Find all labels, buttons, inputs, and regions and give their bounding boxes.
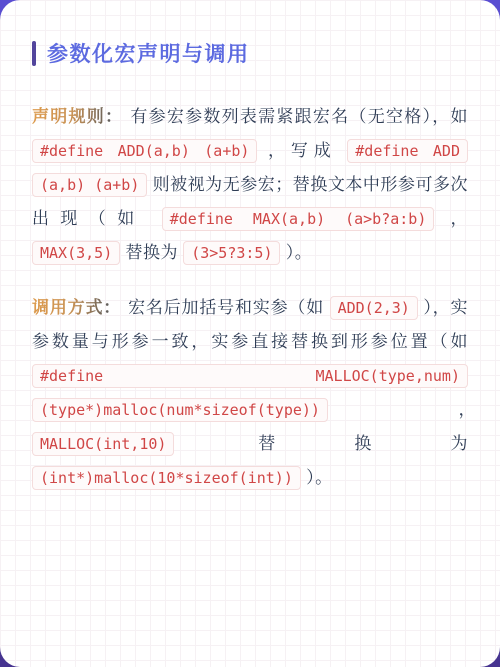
page-title: 参数化宏声明与调用 <box>47 38 250 68</box>
body-text-run: ， <box>434 209 468 228</box>
accent-bar-icon <box>32 41 36 66</box>
declaration-rules-paragraph: 声明规则：有参宏参数列表需紧跟宏名（无空格），如 #define ADD(a,b… <box>32 100 468 270</box>
card-header: 参数化宏声明与调用 <box>32 38 468 68</box>
inline-code-chip: MAX(3,5) <box>32 241 120 265</box>
inline-code-chip: #define MAX(a,b) (a>b?a:b) <box>162 207 435 231</box>
body-text-run: 替换为 <box>120 243 183 262</box>
inline-code-chip: #define ADD(a,b) (a+b) <box>32 139 257 163</box>
section-label-declaration: 声明规则： <box>32 107 123 126</box>
inline-code-chip: MALLOC(int,10) <box>32 432 174 456</box>
inline-code-chip: ADD(2,3) <box>330 296 418 320</box>
body-text-run: 宏名后加括号和实参（如 <box>128 298 330 317</box>
section-label-invocation: 调用方式： <box>32 298 121 317</box>
invocation-method-paragraph: 调用方式：宏名后加括号和实参（如 ADD(2,3) ），实参数量与形参一致，实参… <box>32 291 468 495</box>
note-card: 参数化宏声明与调用 声明规则：有参宏参数列表需紧跟宏名（无空格），如 #defi… <box>0 0 500 667</box>
body-text-run: ）。 <box>301 468 333 487</box>
inline-code-chip: (int*)malloc(10*sizeof(int)) <box>32 466 301 490</box>
body-text-run: 有参宏参数列表需紧跟宏名（无空格），如 <box>130 107 468 126</box>
inline-code-chip: (3>5?3:5) <box>183 241 280 265</box>
body-text-run: ，写成 <box>257 141 347 160</box>
body-text-run: 替换为 <box>174 434 468 453</box>
body-text-run: ）。 <box>280 243 312 262</box>
body-text-run: ， <box>328 400 476 419</box>
